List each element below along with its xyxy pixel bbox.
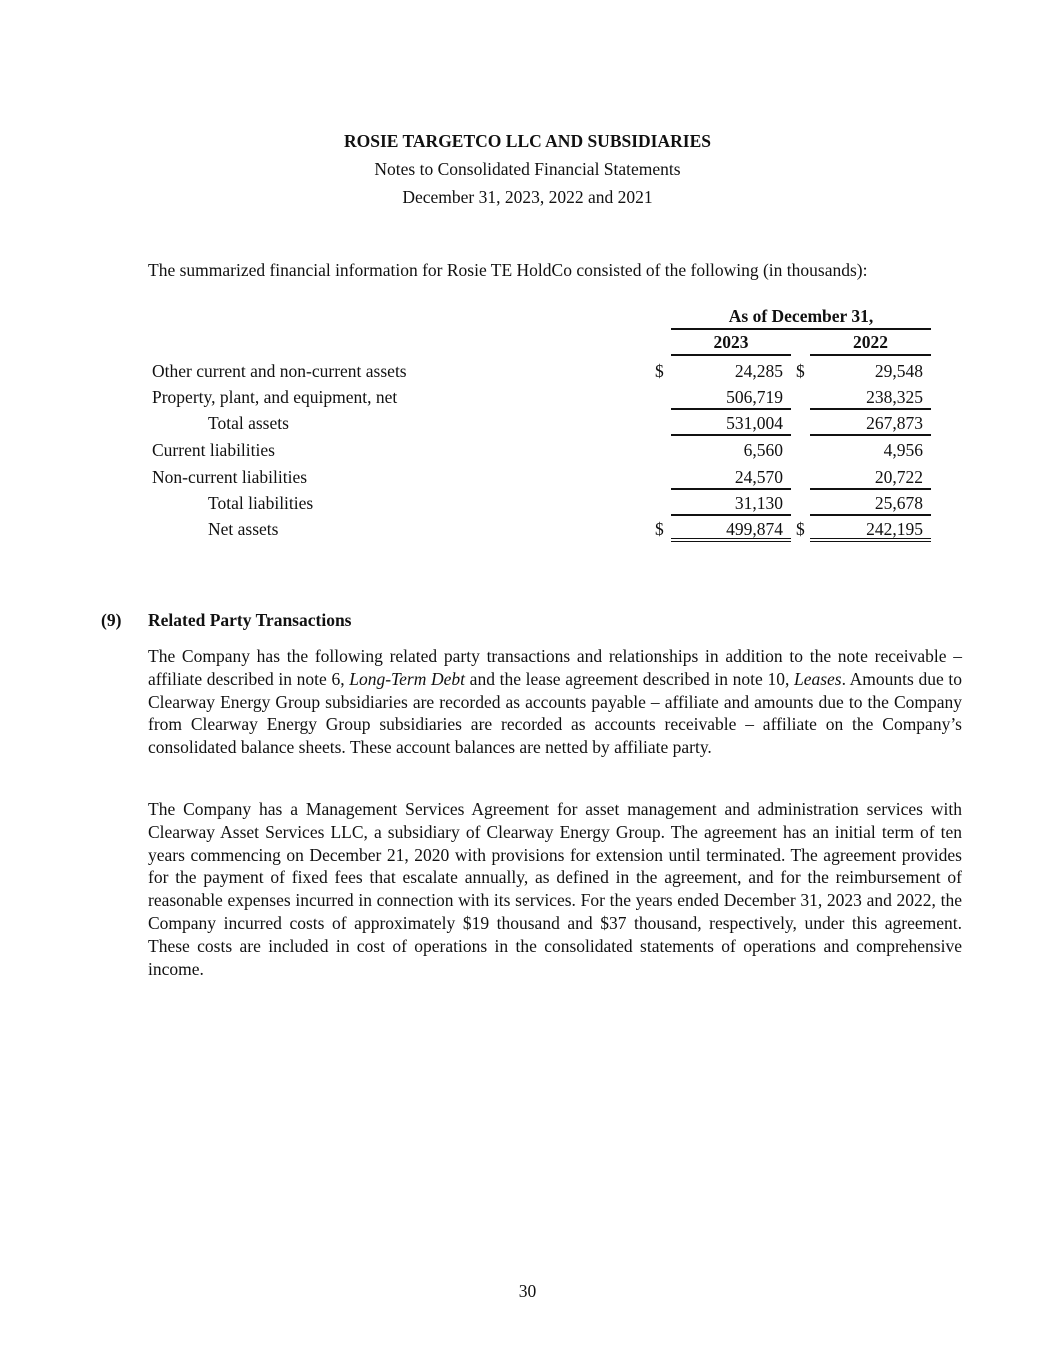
- row-label: Non-current liabilities: [152, 467, 307, 488]
- value-2022: 238,325: [810, 387, 931, 410]
- paragraph-related-party: The Company has the following related pa…: [148, 645, 962, 759]
- value-2022: 25,678: [810, 493, 931, 516]
- value-2023: 531,004: [671, 413, 791, 436]
- value-2023: 24,570: [671, 467, 791, 490]
- value-2022: 29,548: [810, 361, 931, 384]
- p1-text-b: and the lease agreement described in not…: [465, 669, 794, 689]
- table-row: Total assets531,004267,873: [0, 413, 1055, 439]
- value-2023: 31,130: [671, 493, 791, 516]
- column-header-2023: 2023: [671, 332, 791, 356]
- value-2022: 242,195: [810, 519, 931, 542]
- row-label: Total assets: [208, 413, 289, 434]
- document-subtitle: Notes to Consolidated Financial Statemen…: [0, 159, 1055, 180]
- paragraph-management-services: The Company has a Management Services Ag…: [148, 798, 962, 980]
- document-period: December 31, 2023, 2022 and 2021: [0, 187, 1055, 208]
- row-label: Total liabilities: [208, 493, 313, 514]
- page-number: 30: [0, 1281, 1055, 1302]
- value-2023: 499,874: [671, 519, 791, 542]
- column-header-2022: 2022: [810, 332, 931, 356]
- value-2023: 6,560: [671, 440, 791, 463]
- row-label: Current liabilities: [152, 440, 275, 461]
- table-row: Total liabilities31,13025,678: [0, 493, 1055, 519]
- row-label: Other current and non-current assets: [152, 361, 407, 382]
- row-label: Property, plant, and equipment, net: [152, 387, 397, 408]
- company-name: ROSIE TARGETCO LLC AND SUBSIDIARIES: [0, 131, 1055, 152]
- row-label: Net assets: [208, 519, 278, 540]
- dollar-sign: $: [655, 361, 664, 382]
- value-2022: 4,956: [810, 440, 931, 463]
- value-2022: 20,722: [810, 467, 931, 490]
- table-row: Current liabilities6,5604,956: [0, 440, 1055, 466]
- value-2022: 267,873: [810, 413, 931, 436]
- section-number: (9): [101, 610, 121, 631]
- section-title: Related Party Transactions: [148, 610, 352, 631]
- value-2023: 24,285: [671, 361, 791, 384]
- table-intro: The summarized financial information for…: [148, 260, 867, 281]
- dollar-sign: $: [655, 519, 664, 540]
- p1-ref-long-term-debt: Long-Term Debt: [349, 669, 465, 689]
- value-2023: 506,719: [671, 387, 791, 410]
- p1-ref-leases: Leases: [794, 669, 842, 689]
- table-group-header: As of December 31,: [671, 306, 931, 330]
- table-row: Other current and non-current assets$$24…: [0, 361, 1055, 387]
- table-row: Net assets$$499,874242,195: [0, 519, 1055, 545]
- table-row: Non-current liabilities24,57020,722: [0, 467, 1055, 493]
- dollar-sign: $: [796, 519, 805, 540]
- dollar-sign: $: [796, 361, 805, 382]
- table-row: Property, plant, and equipment, net506,7…: [0, 387, 1055, 413]
